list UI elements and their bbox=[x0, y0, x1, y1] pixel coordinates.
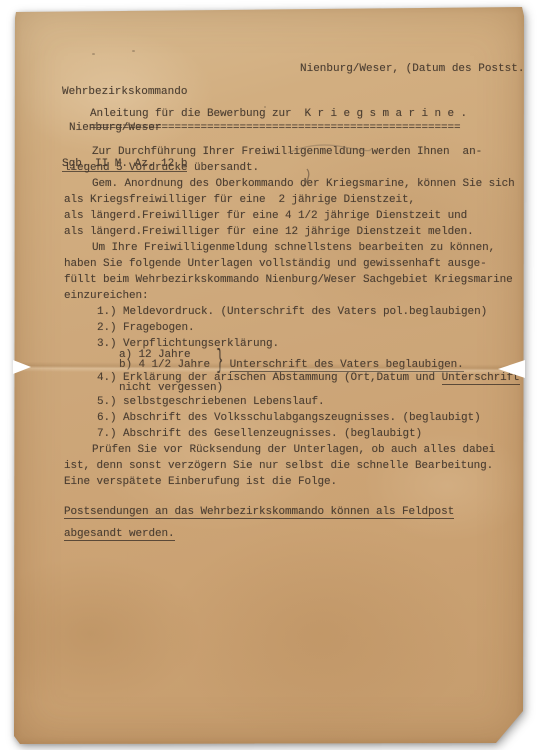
paper-speck bbox=[132, 50, 135, 52]
document-line: als längerd.Freiwilliger für eine 12 jäh… bbox=[64, 224, 526, 240]
document-line: Eine verspätete Einberufung ist die Folg… bbox=[64, 474, 526, 490]
document-line: 1.) Meldevordruck. (Unterschrift des Vat… bbox=[64, 304, 526, 320]
document-line: ========================================… bbox=[64, 122, 526, 134]
pen-flourish-mark bbox=[295, 166, 313, 190]
paper-shadow: Wehrbezirkskommando Nienburg/Weser Sgb. … bbox=[0, 0, 540, 750]
paper-speck bbox=[92, 53, 95, 55]
dateline: Nienburg/Weser, (Datum des Postst. bbox=[300, 63, 524, 76]
pencil-mark bbox=[284, 139, 374, 157]
document-line: haben Sie folgende Unterlagen vollständi… bbox=[64, 256, 526, 272]
fold-tear-notch-right bbox=[498, 360, 525, 378]
document-line: als Kriegsfreiwilliger für eine 2 jährig… bbox=[64, 192, 526, 208]
document-line: einzureichen: bbox=[64, 288, 526, 304]
sender-line: Wehrbezirkskommando bbox=[62, 86, 187, 98]
document-line: b) 4 1/2 Jahre } Unterschrift des Vaters… bbox=[64, 360, 526, 370]
document-line: als längerd.Freiwilliger für eine 4 1/2 … bbox=[64, 208, 526, 224]
document-line: Postsendungen an das Wehrbezirkskommando… bbox=[64, 504, 526, 520]
document-line: 5.) selbstgeschriebenen Lebenslauf. bbox=[64, 394, 526, 410]
document-line: Um Ihre Freiwilligenmeldung schnellstens… bbox=[64, 240, 526, 256]
document-line: 7.) Abschrift des Gesellenzeugnisses. (b… bbox=[64, 426, 526, 442]
document-line: 2.) Fragebogen. bbox=[64, 320, 526, 336]
document-line: 6.) Abschrift des Volksschulabgangszeugn… bbox=[64, 410, 526, 426]
document-line: abgesandt werden. bbox=[64, 526, 526, 542]
document-line: nicht vergessen) bbox=[64, 382, 526, 394]
document-line: Anleitung für die Bewerbung zur K r i e … bbox=[64, 106, 526, 122]
fold-tear-notch-left bbox=[13, 360, 31, 374]
scanned-document-paper: Wehrbezirkskommando Nienburg/Weser Sgb. … bbox=[14, 6, 524, 744]
document-line: füllt beim Wehrbezirkskommando Nienburg/… bbox=[64, 272, 526, 288]
document-line: ist, denn sonst verzögern Sie nur selbst… bbox=[64, 458, 526, 474]
paper-speck bbox=[264, 106, 266, 108]
document-line: Prüfen Sie vor Rücksendung der Unterlage… bbox=[64, 442, 526, 458]
